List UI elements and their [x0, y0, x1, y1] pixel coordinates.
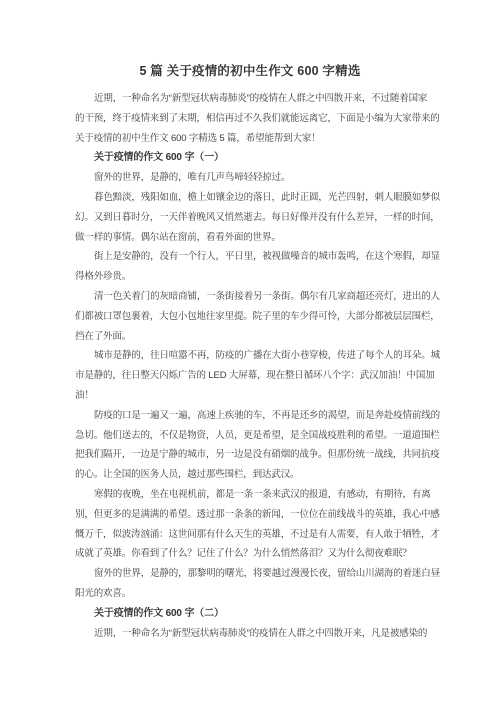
paragraph-line: 们都被口罩包裹着，大包小包地往家里提。院子里的车少得可怜，大部分都被层层围栏，	[75, 307, 500, 327]
paragraph-line: 急切。他们送去的，不仅是物资，人员，更是希望，是全国战疫胜利的希望。一道道围栏	[75, 426, 500, 446]
paragraph-line: 得格外珍贵。	[75, 267, 500, 287]
section-heading: 关于疫情的作文 600 字（二）	[75, 604, 500, 624]
paragraph-line: 近期，一种命名为“新型冠状病毒肺炎”的疫情在人群之中四散开来，凡是被感染的	[75, 624, 500, 644]
paragraph-line: 阳光的欢喜。	[75, 584, 500, 604]
paragraph-line: 挡在了外面。	[75, 327, 500, 347]
paragraph-line: 油！	[75, 386, 500, 406]
paragraph-line: 近期，一种命名为“新型冠状病毒肺炎”的疫情在人群之中四散开来，不过随着国家	[75, 89, 500, 109]
paragraph-line: 城市是静的，往日喧嚣不再，防疫的广播在大街小巷穿梭，传进了每个人的耳朵。城	[75, 346, 500, 366]
paragraph-line: 慨万千，似波涛汹涌：这世间那有什么天生的英雄，不过是有人需要，有人敢于牺牲，才	[75, 525, 500, 545]
document-page: 5 篇 关于疫情的初中生作文 600 字精选 近期，一种命名为“新型冠状病毒肺炎…	[0, 0, 500, 707]
paragraph-line: 的心。让全国的医务人员，越过那些围栏，到达武汉。	[75, 465, 500, 485]
paragraph-line: 市是静的，往日整天闪烁广告的 LED 大屏幕，现在整日循环八个字：武汉加油！中国…	[75, 366, 500, 386]
paragraph-line: 暮色黯淡，残阳如血，檐上如镶金边的落日，此时正圆，光芒四射，刺人眼膜如梦似	[75, 188, 500, 208]
paragraph-line: 关于疫情的初中生作文 600 字精选 5 篇，希望能帮到大家！	[75, 129, 500, 149]
paragraph-line: 幻。又到日暮时分，一天伴着晚风又悄然逝去。每日好像并没有什么差异，一样的时间，	[75, 208, 500, 228]
paragraph-line: 成就了英雄。你看到了什么？记住了什么？为什么悄然落泪？又为什么彻夜难眠？	[75, 544, 500, 564]
document-content: 近期，一种命名为“新型冠状病毒肺炎”的疫情在人群之中四散开来，不过随着国家的干预…	[0, 89, 500, 643]
paragraph-line: 做一样的事情。偶尔站在窗前，看看外面的世界。	[75, 228, 500, 248]
paragraph-line: 防疫的口是一遍又一遍，高速上疾驰的车，不再是还乡的渴望，而是奔赴疫情前线的	[75, 406, 500, 426]
paragraph-line: 把我们隔开，一边是宁静的城市，另一边是没有硝烟的战争。但那份统一战线，共同抗疫	[75, 445, 500, 465]
paragraph-line: 的干预，终于疫情来到了末期，相信再过不久我们就能远离它，下面是小编为大家带来的	[75, 109, 500, 129]
paragraph-line: 窗外的世界，是静的，唯有几声鸟啼轻轻掠过。	[75, 168, 500, 188]
paragraph-line: 街上是安静的，没有一个行人，平日里，被视做噪音的城市轰鸣，在这个寒假，却显	[75, 247, 500, 267]
paragraph-line: 寒假的夜晚，坐在电视机前，都是一条一条来武汉的报道，有感动，有期待，有离	[75, 485, 500, 505]
document-title: 5 篇 关于疫情的初中生作文 600 字精选	[0, 0, 500, 89]
paragraph-line: 窗外的世界，是静的，那黎明的曙光，将要越过漫漫长夜，留给山川湖海的着迷白昼	[75, 564, 500, 584]
section-heading: 关于疫情的作文 600 字（一）	[75, 148, 500, 168]
paragraph-line: 清一色关着门的灰暗商铺，一条街接着另一条街。偶尔有几家商超还亮灯，进出的人	[75, 287, 500, 307]
paragraph-line: 别，但更多的是满满的希望。透过那一条条的新闻，一位位在前线战斗的英雄，我心中感	[75, 505, 500, 525]
